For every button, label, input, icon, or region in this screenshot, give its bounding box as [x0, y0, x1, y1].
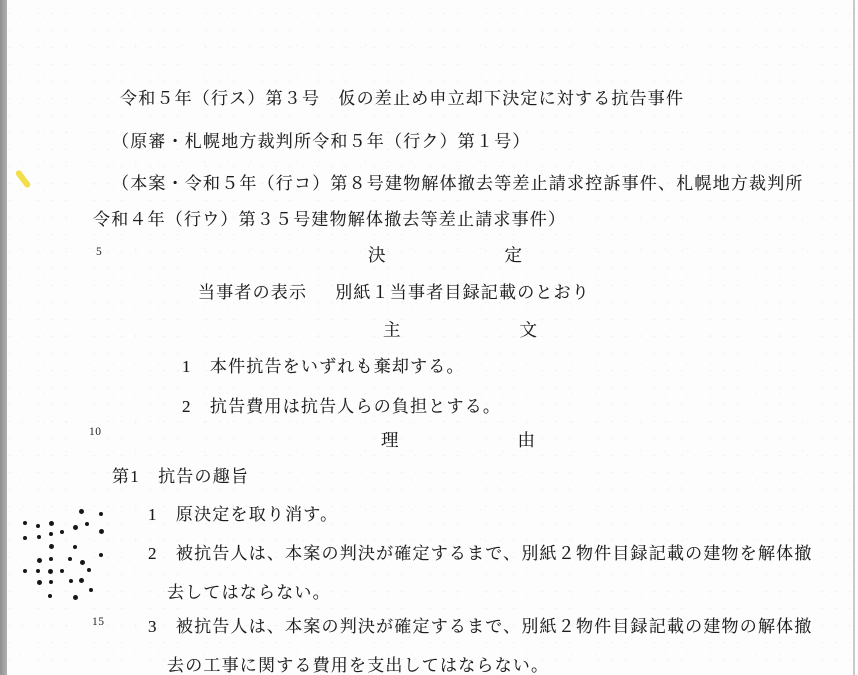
principal-case-line-1: （本案・令和５年（行コ）第８号建物解体撤去等差止請求控訴事件、札幌地方裁判所 — [112, 169, 804, 194]
reasons-item-2-line-2: 去してはならない。 — [167, 578, 331, 603]
ink-dot — [49, 544, 54, 549]
ink-dot — [49, 532, 53, 536]
reasons-item-2-line-1: 2 被抗告人は、本案の判決が確定するまで、別紙２物件目録記載の建物を解体撤 — [148, 539, 813, 564]
scan-edge-left — [0, 0, 7, 675]
ink-dot — [36, 569, 40, 573]
ink-dot — [79, 578, 84, 583]
ink-dot — [69, 579, 73, 583]
ink-dot — [79, 509, 84, 514]
principal-case-line-2: 令和４年（行ウ）第３５号建物解体撤去等差止請求事件） — [93, 205, 566, 230]
ink-dot — [36, 524, 40, 528]
original-instance-line: （原審・札幌地方裁判所令和５年（行ク）第１号） — [112, 127, 531, 152]
margin-line-number-15: 15 — [92, 616, 105, 628]
ink-dot — [99, 529, 104, 534]
ink-dot — [99, 553, 103, 557]
ink-dot — [23, 536, 27, 540]
margin-line-number-10: 10 — [89, 426, 102, 438]
ink-dot — [73, 525, 78, 530]
ink-dot — [49, 557, 53, 561]
scan-edge-right — [853, 0, 855, 675]
ink-dot — [48, 594, 52, 598]
scanned-court-decision-page: 5 10 15 令和５年（行ス）第３号 仮の差止め申立却下決定に対する抗告事件 … — [0, 0, 858, 675]
reasons-item-3-line-2: 去の工事に関する費用を支出してはならない。 — [167, 651, 549, 675]
main-text-heading: 主文 — [383, 317, 656, 342]
ink-dot — [85, 522, 89, 526]
ink-dot — [89, 588, 93, 592]
ink-dot — [37, 535, 41, 539]
yellow-highlighter-mark — [15, 169, 32, 189]
ink-dot — [23, 521, 27, 525]
ink-dot — [80, 560, 85, 565]
parties-label: 当事者の表示 — [198, 283, 307, 302]
reasons-item-3-line-1: 3 被抗告人は、本案の判決が確定するまで、別紙２物件目録記載の建物の解体撤 — [148, 612, 813, 637]
margin-line-number-5: 5 — [96, 246, 102, 258]
reasons-item-1: 1 原決定を取り消す。 — [148, 500, 338, 525]
ink-dot — [49, 580, 53, 584]
main-text-item-1: 1 本件抗告をいずれも棄却する。 — [182, 352, 465, 377]
case-number-title-line: 令和５年（行ス）第３号 仮の差止め申立却下決定に対する抗告事件 — [120, 84, 684, 109]
ink-dot — [60, 530, 64, 534]
ink-dot — [73, 545, 77, 549]
ink-dot — [37, 580, 42, 585]
reasons-heading: 理由 — [381, 427, 654, 452]
ink-dot — [37, 558, 42, 563]
decision-heading: 決定 — [368, 242, 641, 267]
ink-dot — [68, 557, 72, 561]
ink-dot — [48, 569, 53, 574]
ink-dot — [23, 569, 27, 573]
ink-dot — [49, 521, 54, 526]
ink-dot — [99, 512, 103, 516]
parties-value: 別紙１当事者目録記載のとおり — [335, 283, 590, 302]
main-text-item-2: 2 抗告費用は抗告人らの負担とする。 — [182, 392, 501, 417]
ink-dot — [73, 595, 78, 600]
parties-row: 当事者の表示別紙１当事者目録記載のとおり — [198, 278, 590, 303]
reasons-section-title: 第1 抗告の趣旨 — [112, 462, 249, 487]
ink-dot — [87, 568, 91, 572]
ink-dot — [60, 569, 64, 573]
